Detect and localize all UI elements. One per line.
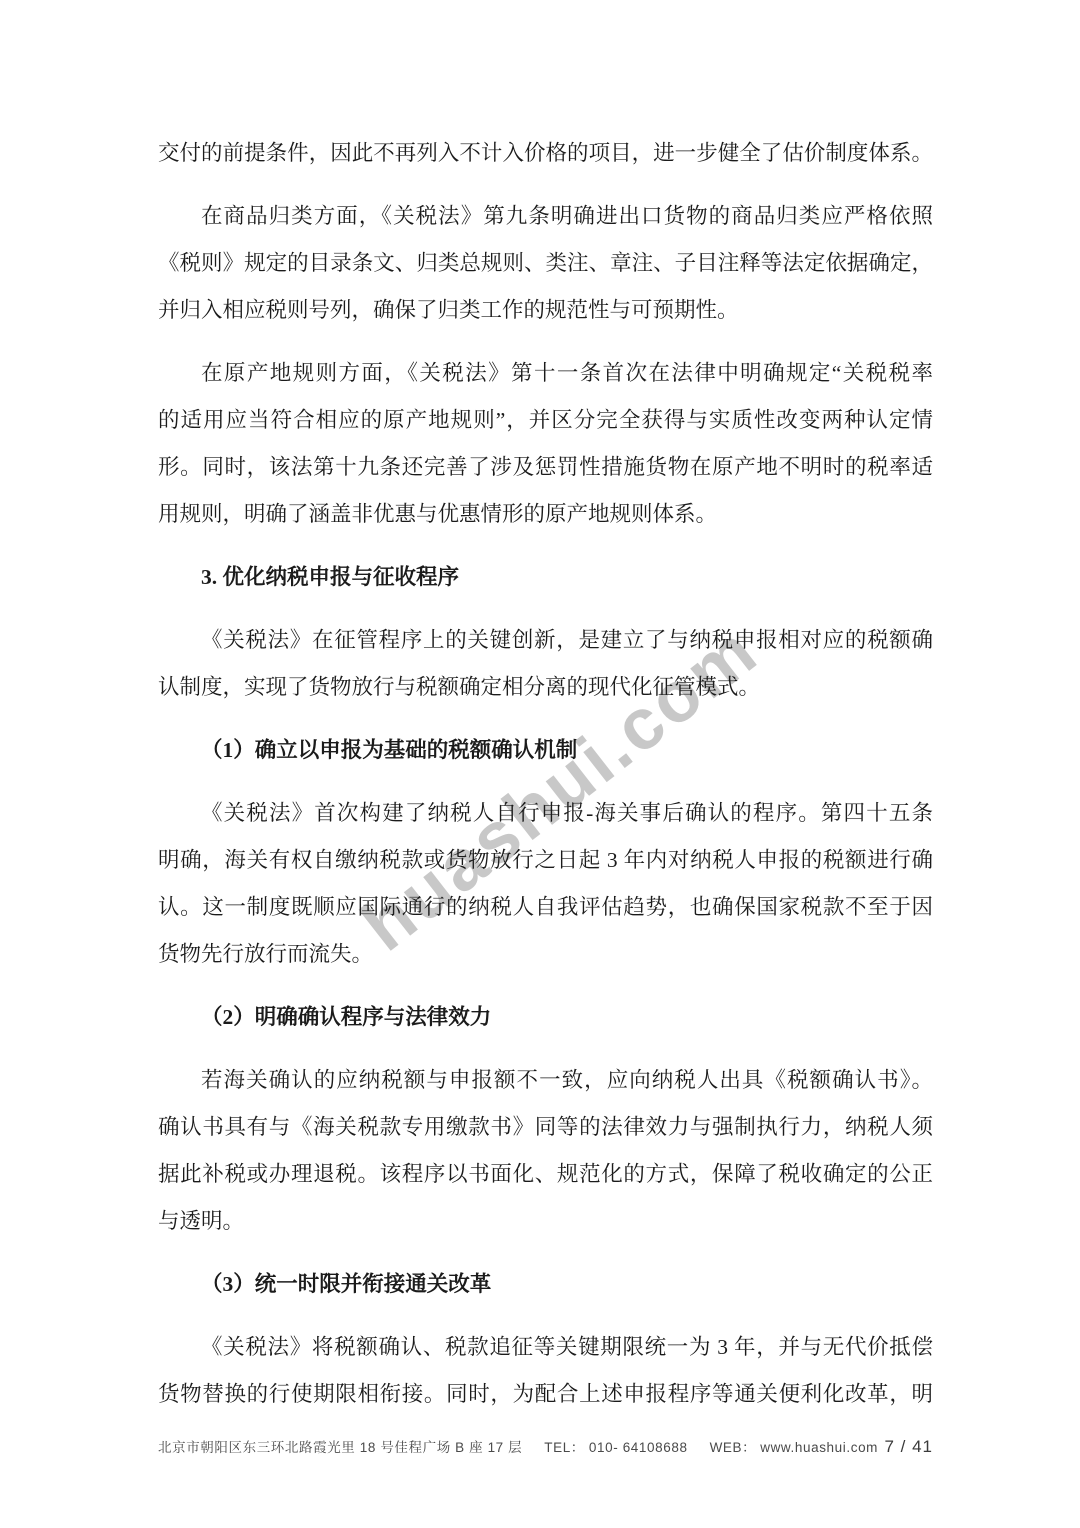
footer-address-text: 北京市朝阳区东三环北路霞光里 18 号佳程广场 B 座 17 层 — [158, 1436, 522, 1456]
text-line: 并归入相应税则号列，确保了归类工作的规范性与可预期性。 — [158, 287, 933, 334]
text-line: 《关税法》首次构建了纳税人自行申报-海关事后确认的程序。第四十五条 — [158, 790, 933, 837]
text-line: 货物先行放行而流失。 — [158, 931, 933, 978]
footer-tel: TEL： 010- 64108688 — [544, 1436, 687, 1456]
paragraph-block: 若海关确认的应纳税额与申报额不一致，应向纳税人出具《税额确认书》。确认书具有与《… — [158, 1057, 933, 1245]
paragraph-block: 《关税法》在征管程序上的关键创新，是建立了与纳税申报相对应的税额确认制度，实现了… — [158, 617, 933, 711]
footer-tel-label: TEL： — [544, 1436, 585, 1456]
text-line: 若海关确认的应纳税额与申报额不一致，应向纳税人出具《税额确认书》。 — [158, 1057, 933, 1104]
heading-block: 3. 优化纳税申报与征收程序 — [158, 554, 933, 601]
text-line: 用规则，明确了涵盖非优惠与优惠情形的原产地规则体系。 — [158, 491, 933, 538]
text-line: 《关税法》将税额确认、税款追征等关键期限统一为 3 年，并与无代价抵偿 — [158, 1324, 933, 1371]
footer: 北京市朝阳区东三环北路霞光里 18 号佳程广场 B 座 17 层 TEL： 01… — [158, 1436, 933, 1457]
text-line: 据此补税或办理退税。该程序以书面化、规范化的方式，保障了税收确定的公正 — [158, 1151, 933, 1198]
text-line: 确认书具有与《海关税款专用缴款书》同等的法律效力与强制执行力，纳税人须 — [158, 1104, 933, 1151]
section-heading: 3. 优化纳税申报与征收程序 — [158, 554, 933, 601]
footer-tel-value: 010- 64108688 — [589, 1440, 688, 1455]
paragraph-block: 在商品归类方面，《关税法》第九条明确进出口货物的商品归类应严格依照《税则》规定的… — [158, 193, 933, 334]
heading-block: （2）明确确认程序与法律效力 — [158, 994, 933, 1041]
section-heading: （2）明确确认程序与法律效力 — [158, 994, 933, 1041]
paragraph-block: 《关税法》首次构建了纳税人自行申报-海关事后确认的程序。第四十五条明确，海关有权… — [158, 790, 933, 978]
paragraph-block: 在原产地规则方面，《关税法》第十一条首次在法律中明确规定“关税税率的适用应当符合… — [158, 350, 933, 538]
paragraph-block: 交付的前提条件，因此不再列入不计入价格的项目，进一步健全了估价制度体系。 — [158, 130, 933, 177]
text-line: 认。这一制度既顺应国际通行的纳税人自我评估趋势，也确保国家税款不至于因 — [158, 884, 933, 931]
text-line: 《税则》规定的目录条文、归类总规则、类注、章注、子目注释等法定依据确定， — [158, 240, 933, 287]
text-line: 明确，海关有权自缴纳税款或货物放行之日起 3 年内对纳税人申报的税额进行确 — [158, 837, 933, 884]
page-number: 7 / 41 — [884, 1437, 933, 1457]
text-line: 交付的前提条件，因此不再列入不计入价格的项目，进一步健全了估价制度体系。 — [158, 130, 933, 177]
heading-block: （3）统一时限并衔接通关改革 — [158, 1261, 933, 1308]
text-line: 与透明。 — [158, 1198, 933, 1245]
heading-block: （1）确立以申报为基础的税额确认机制 — [158, 727, 933, 774]
text-line: 货物替换的行使期限相衔接。同时，为配合上述申报程序等通关便利化改革，明 — [158, 1371, 933, 1418]
section-heading: （3）统一时限并衔接通关改革 — [158, 1261, 933, 1308]
footer-address: 北京市朝阳区东三环北路霞光里 18 号佳程广场 B 座 17 层 — [158, 1436, 522, 1456]
footer-web: WEB： www.huashui.com — [710, 1436, 878, 1456]
text-line: 形。同时，该法第十九条还完善了涉及惩罚性措施货物在原产地不明时的税率适 — [158, 444, 933, 491]
footer-web-label: WEB： — [710, 1436, 757, 1456]
text-line: 在商品归类方面，《关税法》第九条明确进出口货物的商品归类应严格依照 — [158, 193, 933, 240]
document-body: 交付的前提条件，因此不再列入不计入价格的项目，进一步健全了估价制度体系。在商品归… — [158, 130, 933, 1418]
text-line: 在原产地规则方面，《关税法》第十一条首次在法律中明确规定“关税税率 — [158, 350, 933, 397]
text-line: 认制度，实现了货物放行与税额确定相分离的现代化征管模式。 — [158, 664, 933, 711]
text-line: 的适用应当符合相应的原产地规则”，并区分完全获得与实质性改变两种认定情 — [158, 397, 933, 444]
paragraph-block: 《关税法》将税额确认、税款追征等关键期限统一为 3 年，并与无代价抵偿货物替换的… — [158, 1324, 933, 1418]
section-heading: （1）确立以申报为基础的税额确认机制 — [158, 727, 933, 774]
footer-web-value: www.huashui.com — [760, 1440, 878, 1455]
document-page: huashui.com 交付的前提条件，因此不再列入不计入价格的项目，进一步健全… — [0, 0, 1080, 1528]
text-line: 《关税法》在征管程序上的关键创新，是建立了与纳税申报相对应的税额确 — [158, 617, 933, 664]
footer-contact-info: 北京市朝阳区东三环北路霞光里 18 号佳程广场 B 座 17 层 TEL： 01… — [158, 1436, 878, 1456]
